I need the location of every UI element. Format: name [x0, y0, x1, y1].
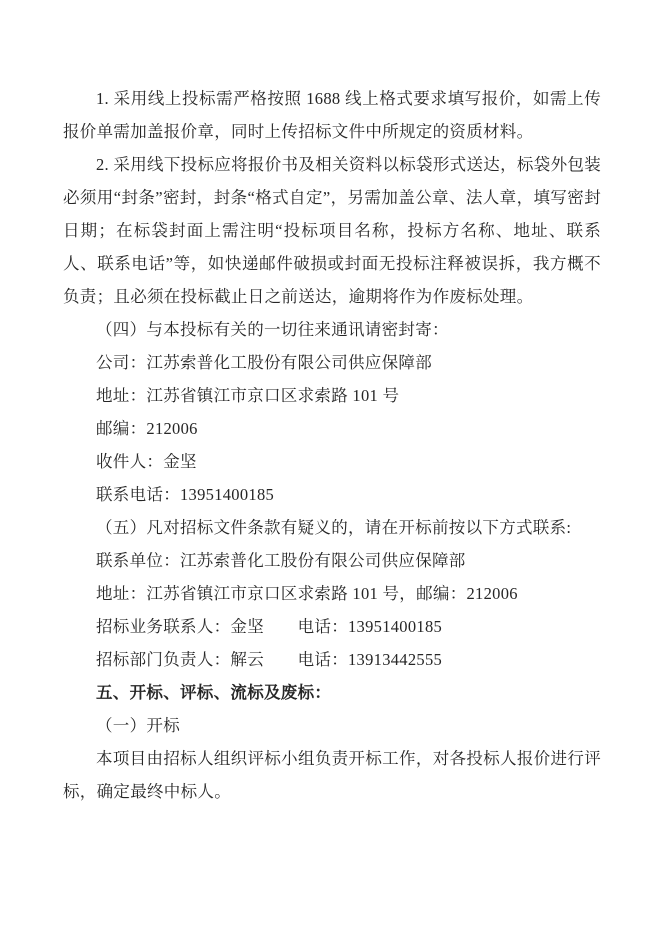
paragraph: 邮编：212006: [63, 412, 601, 445]
paragraph: 收件人：金坚: [63, 445, 601, 478]
paragraph: 联系单位：江苏索普化工股份有限公司供应保障部: [63, 544, 601, 577]
paragraph: 招标部门负责人：解云 电话：13913442555: [63, 643, 601, 676]
section-heading: 五、开标、评标、流标及废标：: [63, 676, 601, 709]
paragraph: 联系电话：13951400185: [63, 478, 601, 511]
paragraph: 公司：江苏索普化工股份有限公司供应保障部: [63, 346, 601, 379]
paragraph: 2. 采用线下投标应将报价书及相关资料以标袋形式送达，标袋外包装必须用“封条”密…: [63, 148, 601, 313]
paragraph: （一）开标: [63, 709, 601, 742]
paragraph: 招标业务联系人：金坚 电话：13951400185: [63, 610, 601, 643]
paragraph: （四）与本投标有关的一切往来通讯请密封寄：: [63, 313, 601, 346]
paragraph: 地址：江苏省镇江市京口区求索路 101 号，邮编：212006: [63, 577, 601, 610]
document-body: 1. 采用线上投标需严格按照 1688 线上格式要求填写报价，如需上传报价单需加…: [63, 82, 601, 808]
paragraph: （五）凡对招标文件条款有疑义的，请在开标前按以下方式联系:: [63, 511, 601, 544]
paragraph: 1. 采用线上投标需严格按照 1688 线上格式要求填写报价，如需上传报价单需加…: [63, 82, 601, 148]
paragraph: 地址：江苏省镇江市京口区求索路 101 号: [63, 379, 601, 412]
paragraph: 本项目由招标人组织评标小组负责开标工作，对各投标人报价进行评标，确定最终中标人。: [63, 742, 601, 808]
document-page: 1. 采用线上投标需严格按照 1688 线上格式要求填写报价，如需上传报价单需加…: [0, 0, 662, 936]
